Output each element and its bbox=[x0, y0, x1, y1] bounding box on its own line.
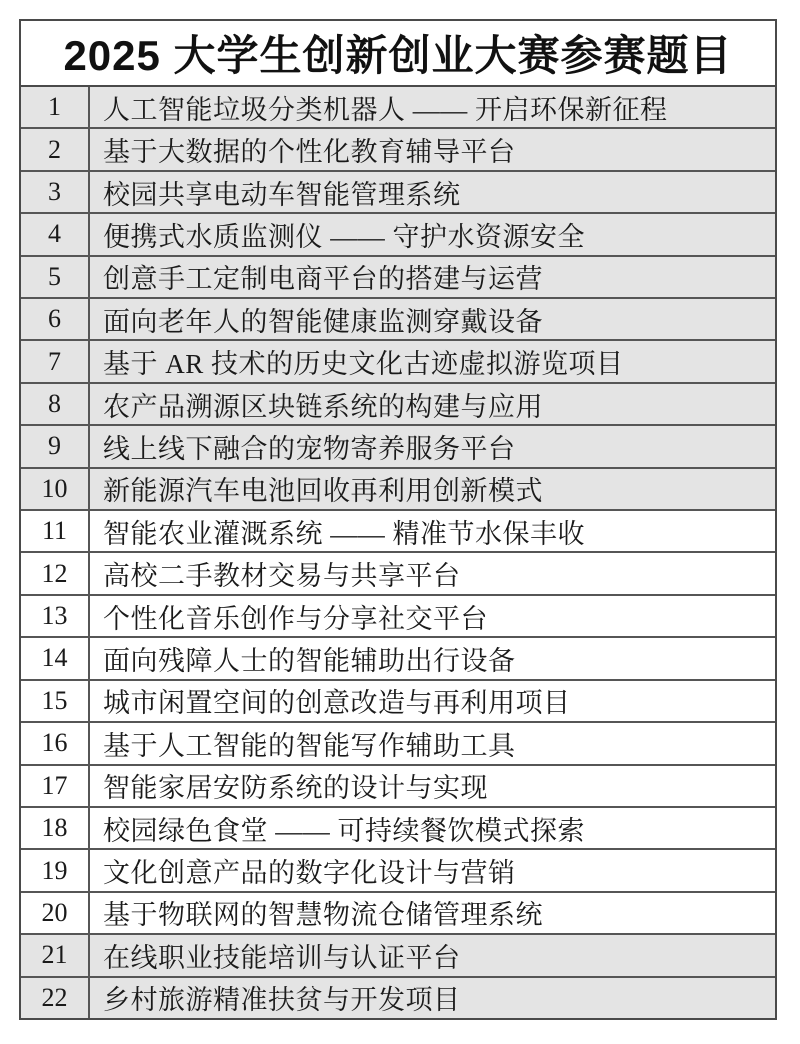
row-topic-text: 城市闲置空间的创意改造与再利用项目 bbox=[90, 681, 775, 721]
page-title: 2025 大学生创新创业大赛参赛题目 bbox=[21, 21, 775, 87]
table-row: 17 智能家居安防系统的设计与实现 bbox=[21, 766, 775, 808]
table-row: 12 高校二手教材交易与共享平台 bbox=[21, 553, 775, 595]
row-number: 15 bbox=[21, 681, 90, 721]
row-number: 22 bbox=[21, 978, 90, 1018]
table-row: 4 便携式水质监测仪 —— 守护水资源安全 bbox=[21, 214, 775, 256]
row-topic-text: 面向老年人的智能健康监测穿戴设备 bbox=[90, 299, 775, 339]
row-topic-text: 高校二手教材交易与共享平台 bbox=[90, 553, 775, 593]
topic-row-list: 1 人工智能垃圾分类机器人 —— 开启环保新征程 2 基于大数据的个性化教育辅导… bbox=[21, 87, 775, 1018]
row-number: 13 bbox=[21, 596, 90, 636]
row-topic-text: 便携式水质监测仪 —— 守护水资源安全 bbox=[90, 214, 775, 254]
table-row: 20 基于物联网的智慧物流仓储管理系统 bbox=[21, 893, 775, 935]
table-row: 14 面向残障人士的智能辅助出行设备 bbox=[21, 638, 775, 680]
table-row: 7 基于 AR 技术的历史文化古迹虚拟游览项目 bbox=[21, 341, 775, 383]
row-number: 2 bbox=[21, 129, 90, 169]
row-number: 8 bbox=[21, 384, 90, 424]
row-number: 7 bbox=[21, 341, 90, 381]
row-topic-text: 线上线下融合的宠物寄养服务平台 bbox=[90, 426, 775, 466]
table-row: 6 面向老年人的智能健康监测穿戴设备 bbox=[21, 299, 775, 341]
row-topic-text: 基于人工智能的智能写作辅助工具 bbox=[90, 723, 775, 763]
row-number: 4 bbox=[21, 214, 90, 254]
row-topic-text: 在线职业技能培训与认证平台 bbox=[90, 935, 775, 975]
table-row: 10 新能源汽车电池回收再利用创新模式 bbox=[21, 469, 775, 511]
row-topic-text: 基于大数据的个性化教育辅导平台 bbox=[90, 129, 775, 169]
row-number: 16 bbox=[21, 723, 90, 763]
row-number: 12 bbox=[21, 553, 90, 593]
row-topic-text: 文化创意产品的数字化设计与营销 bbox=[90, 850, 775, 890]
table-row: 15 城市闲置空间的创意改造与再利用项目 bbox=[21, 681, 775, 723]
row-number: 11 bbox=[21, 511, 90, 551]
row-topic-text: 新能源汽车电池回收再利用创新模式 bbox=[90, 469, 775, 509]
row-number: 1 bbox=[21, 87, 90, 127]
row-topic-text: 校园绿色食堂 —— 可持续餐饮模式探索 bbox=[90, 808, 775, 848]
table-row: 18 校园绿色食堂 —— 可持续餐饮模式探索 bbox=[21, 808, 775, 850]
row-number: 5 bbox=[21, 257, 90, 297]
row-number: 14 bbox=[21, 638, 90, 678]
table-row: 5 创意手工定制电商平台的搭建与运营 bbox=[21, 257, 775, 299]
table-row: 16 基于人工智能的智能写作辅助工具 bbox=[21, 723, 775, 765]
row-topic-text: 创意手工定制电商平台的搭建与运营 bbox=[90, 257, 775, 297]
row-number: 19 bbox=[21, 850, 90, 890]
table-row: 19 文化创意产品的数字化设计与营销 bbox=[21, 850, 775, 892]
row-number: 17 bbox=[21, 766, 90, 806]
row-topic-text: 乡村旅游精准扶贫与开发项目 bbox=[90, 978, 775, 1018]
row-number: 6 bbox=[21, 299, 90, 339]
row-topic-text: 个性化音乐创作与分享社交平台 bbox=[90, 596, 775, 636]
row-number: 21 bbox=[21, 935, 90, 975]
row-topic-text: 基于 AR 技术的历史文化古迹虚拟游览项目 bbox=[90, 341, 775, 381]
table-row: 11 智能农业灌溉系统 —— 精准节水保丰收 bbox=[21, 511, 775, 553]
row-topic-text: 智能家居安防系统的设计与实现 bbox=[90, 766, 775, 806]
row-topic-text: 基于物联网的智慧物流仓储管理系统 bbox=[90, 893, 775, 933]
row-number: 10 bbox=[21, 469, 90, 509]
table-row: 22 乡村旅游精准扶贫与开发项目 bbox=[21, 978, 775, 1018]
row-topic-text: 农产品溯源区块链系统的构建与应用 bbox=[90, 384, 775, 424]
row-topic-text: 面向残障人士的智能辅助出行设备 bbox=[90, 638, 775, 678]
row-topic-text: 人工智能垃圾分类机器人 —— 开启环保新征程 bbox=[90, 87, 775, 127]
row-number: 20 bbox=[21, 893, 90, 933]
table-row: 2 基于大数据的个性化教育辅导平台 bbox=[21, 129, 775, 171]
table-row: 3 校园共享电动车智能管理系统 bbox=[21, 172, 775, 214]
row-number: 9 bbox=[21, 426, 90, 466]
row-number: 18 bbox=[21, 808, 90, 848]
table-row: 9 线上线下融合的宠物寄养服务平台 bbox=[21, 426, 775, 468]
table-row: 1 人工智能垃圾分类机器人 —— 开启环保新征程 bbox=[21, 87, 775, 129]
table-row: 8 农产品溯源区块链系统的构建与应用 bbox=[21, 384, 775, 426]
row-topic-text: 校园共享电动车智能管理系统 bbox=[90, 172, 775, 212]
topic-table: 2025 大学生创新创业大赛参赛题目 1 人工智能垃圾分类机器人 —— 开启环保… bbox=[19, 19, 777, 1020]
row-number: 3 bbox=[21, 172, 90, 212]
row-topic-text: 智能农业灌溉系统 —— 精准节水保丰收 bbox=[90, 511, 775, 551]
table-row: 13 个性化音乐创作与分享社交平台 bbox=[21, 596, 775, 638]
table-row: 21 在线职业技能培训与认证平台 bbox=[21, 935, 775, 977]
